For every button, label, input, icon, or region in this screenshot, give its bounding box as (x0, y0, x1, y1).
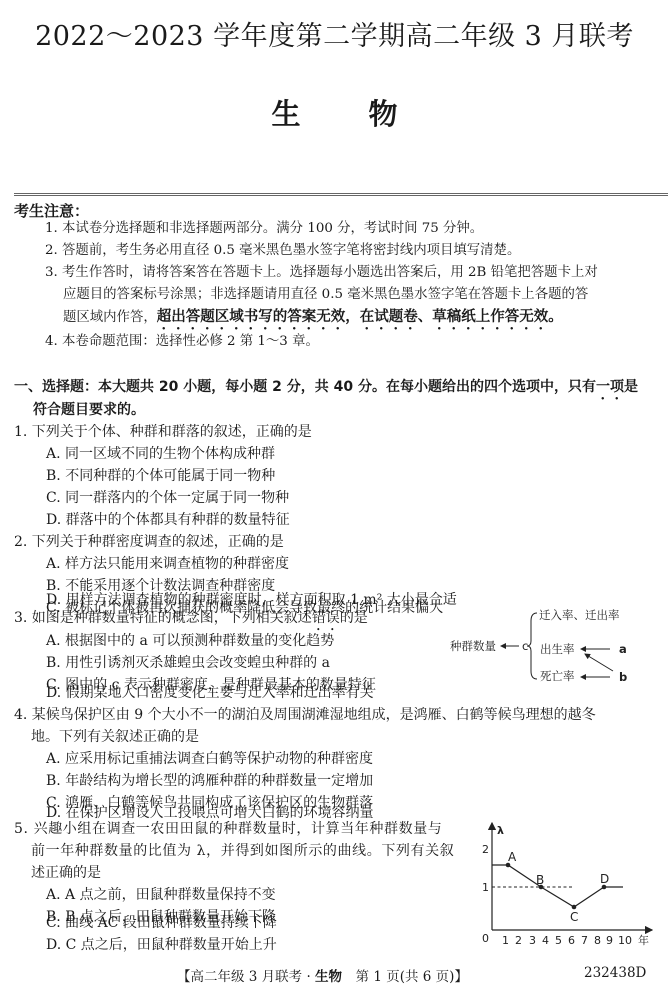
x-axis-unit: 年 (638, 933, 649, 947)
subject-char-2: 物 (369, 92, 398, 133)
x-tick-7: 7 (581, 934, 588, 947)
section-heading-text: 一、选择题：本大题共 20 小题，每小题 2 分，共 40 分。在每小题给出的四… (14, 379, 596, 395)
question-3-option-d: D. 假期某地人口密度变化主要与迁入率和迁出率有关 (46, 682, 374, 704)
x-tick-4: 4 (542, 934, 549, 947)
label-population-number: 种群数量 (450, 639, 496, 653)
question-5-option-d: D. C 点之后，田鼠种群数量开始上升 (46, 934, 277, 956)
lambda-chart-svg: λ 2 1 0 1 2 3 4 5 6 7 8 9 10 年 A B C D (470, 820, 669, 955)
footer-page-number: 第 1 页(共 6 页) (342, 969, 454, 985)
notice-item-2: 2. 答题前，考生务必用直径 0.5 毫米黑色墨水签字笔将密封线内项目填写清楚。 (45, 240, 520, 262)
notice-item-4: 4. 本卷命题范围：选择性必修 2 第 1～3 章。 (45, 331, 319, 353)
question-5-stem-line1: 5. 兴趣小组在调查一农田田鼠的种群数量时，计算当年种群数量与 (14, 818, 442, 840)
subject-title: 生物 (0, 92, 669, 133)
concept-diagram-svg: 种群数量 c 迁入率、迁出率 出生率 死亡率 a b (445, 605, 669, 685)
y-tick-1: 1 (482, 881, 489, 894)
x-tick-1: 1 (502, 934, 509, 947)
footer-bracket-left: 【 (177, 969, 191, 985)
footer-subject: 生物 (315, 969, 342, 985)
notice-item-3-tail: 题区域内作答， (63, 310, 157, 325)
brace (527, 613, 537, 679)
question-4-stem-line1: 4. 某候鸟保护区由 9 个大小不一的湖泊及周围湖滩湿地组成，是鸿雁、白鹤等候鸟… (14, 704, 596, 726)
question-4-option-b: B. 年龄结构为增长型的鸿雁种群的种群数量一定增加 (46, 770, 373, 792)
x-tick-9: 9 (606, 934, 613, 947)
exam-title: 2022～2023 学年度第二学期高二年级 3 月联考 (0, 14, 669, 53)
x-ticks: 1 2 3 4 5 6 7 8 9 10 年 (502, 933, 649, 947)
notice-item-3-cont: 应题目的答案标号涂黑；非选择题请用直径 0.5 毫米黑色墨水签字笔在答题卡上各题… (63, 284, 588, 306)
y-tick-0: 0 (482, 932, 489, 945)
point-c (572, 905, 577, 910)
question-4-stem-line2: 地。下列有关叙述正确的是 (31, 726, 199, 748)
point-d-label: D (600, 872, 609, 886)
page-footer: 【高二年级 3 月联考 · 生物 第 1 页(共 6 页)】 (177, 965, 468, 985)
header-divider (14, 193, 668, 196)
footer-bracket-right: 】 (454, 969, 468, 985)
question-5-option-c: C. 曲线 AC 段田鼠种群数量持续下降 (46, 912, 277, 934)
question-1-option-b: B. 不同种群的个体可能属于同一物种 (46, 465, 275, 487)
question-4-option-a: A. 应采用标记重捕法调查白鹤等保护动物的种群密度 (46, 748, 373, 770)
label-immigration-emigration: 迁入率、迁出率 (539, 608, 620, 622)
y-axis-label: λ (497, 824, 504, 837)
question-3-stem-text: 3. 如图是种群数量特征的概念图，下列相关叙述 (14, 610, 312, 626)
arrow-b-to-birth (585, 654, 613, 671)
lambda-line-chart: λ 2 1 0 1 2 3 4 5 6 7 8 9 10 年 A B C D (470, 820, 669, 955)
x-tick-3: 3 (529, 934, 536, 947)
x-tick-5: 5 (555, 934, 562, 947)
x-tick-8: 8 (594, 934, 601, 947)
x-tick-2: 2 (515, 934, 522, 947)
section-heading-line2: 符合题目要求的。 (33, 399, 145, 421)
label-a: a (619, 642, 627, 656)
notice-item-1: 1. 本试卷分选择题和非选择题两部分。满分 100 分，考试时间 75 分钟。 (45, 218, 483, 240)
section-heading-tail: 是 (624, 379, 638, 395)
x-tick-6: 6 (568, 934, 575, 947)
question-5-option-a: A. A 点之前，田鼠种群数量保持不变 (46, 884, 276, 906)
question-2-option-a: A. 样方法只能用来调查植物的种群密度 (46, 553, 289, 575)
question-5-stem-line3: 述正确的是 (31, 862, 101, 884)
question-1-option-d: D. 群落中的个体都具有种群的数量特征 (46, 509, 290, 531)
point-a-label: A (508, 850, 517, 864)
notice-emphasis: 超出答题区域书写的答案无效，在试题卷、草稿纸上作答无效。 (157, 309, 563, 325)
question-5-stem-line2: 前一年种群数量的比值为 λ，并得到如图所示的曲线。下列有关叙 (31, 840, 454, 862)
exam-code: 232438D (584, 965, 646, 981)
question-3-option-a: A. 根据图中的 a 可以预测种群数量的变化趋势 (46, 630, 334, 652)
question-1-option-c: C. 同一群落内的个体一定属于同一物种 (46, 487, 289, 509)
x-tick-10: 10 (618, 934, 632, 947)
question-3-option-b: B. 用性引诱剂灭杀雄蝗虫会改变蝗虫种群的 a (46, 652, 330, 674)
footer-prefix: 高二年级 3 月联考 · (191, 969, 316, 985)
section-heading-emph: 一项 (596, 379, 624, 395)
y-tick-2: 2 (482, 843, 489, 856)
question-3-stem-emph: 错误 (312, 610, 340, 626)
subject-char-1: 生 (271, 92, 300, 133)
point-c-label: C (570, 910, 578, 924)
label-b: b (619, 670, 627, 684)
question-1-option-a: A. 同一区域不同的生物个体构成种群 (46, 443, 275, 465)
label-death-rate: 死亡率 (540, 669, 575, 683)
question-2-stem: 2. 下列关于种群密度调查的叙述，正确的是 (14, 531, 284, 553)
population-concept-diagram: 种群数量 c 迁入率、迁出率 出生率 死亡率 a b (445, 605, 669, 685)
notice-item-3: 3. 考生作答时，请将答案答在答题卡上。选择题每小题选出答案后，用 2B 铅笔把… (45, 262, 598, 284)
notice-item-3-end: 题区域内作答，超出答题区域书写的答案无效，在试题卷、草稿纸上作答无效。 (63, 306, 563, 333)
point-b-label: B (536, 873, 544, 887)
question-1-stem: 1. 下列关于个体、种群和群落的叙述，正确的是 (14, 421, 312, 443)
question-3-stem-tail: 的是 (340, 610, 368, 626)
label-birth-rate: 出生率 (540, 642, 575, 656)
